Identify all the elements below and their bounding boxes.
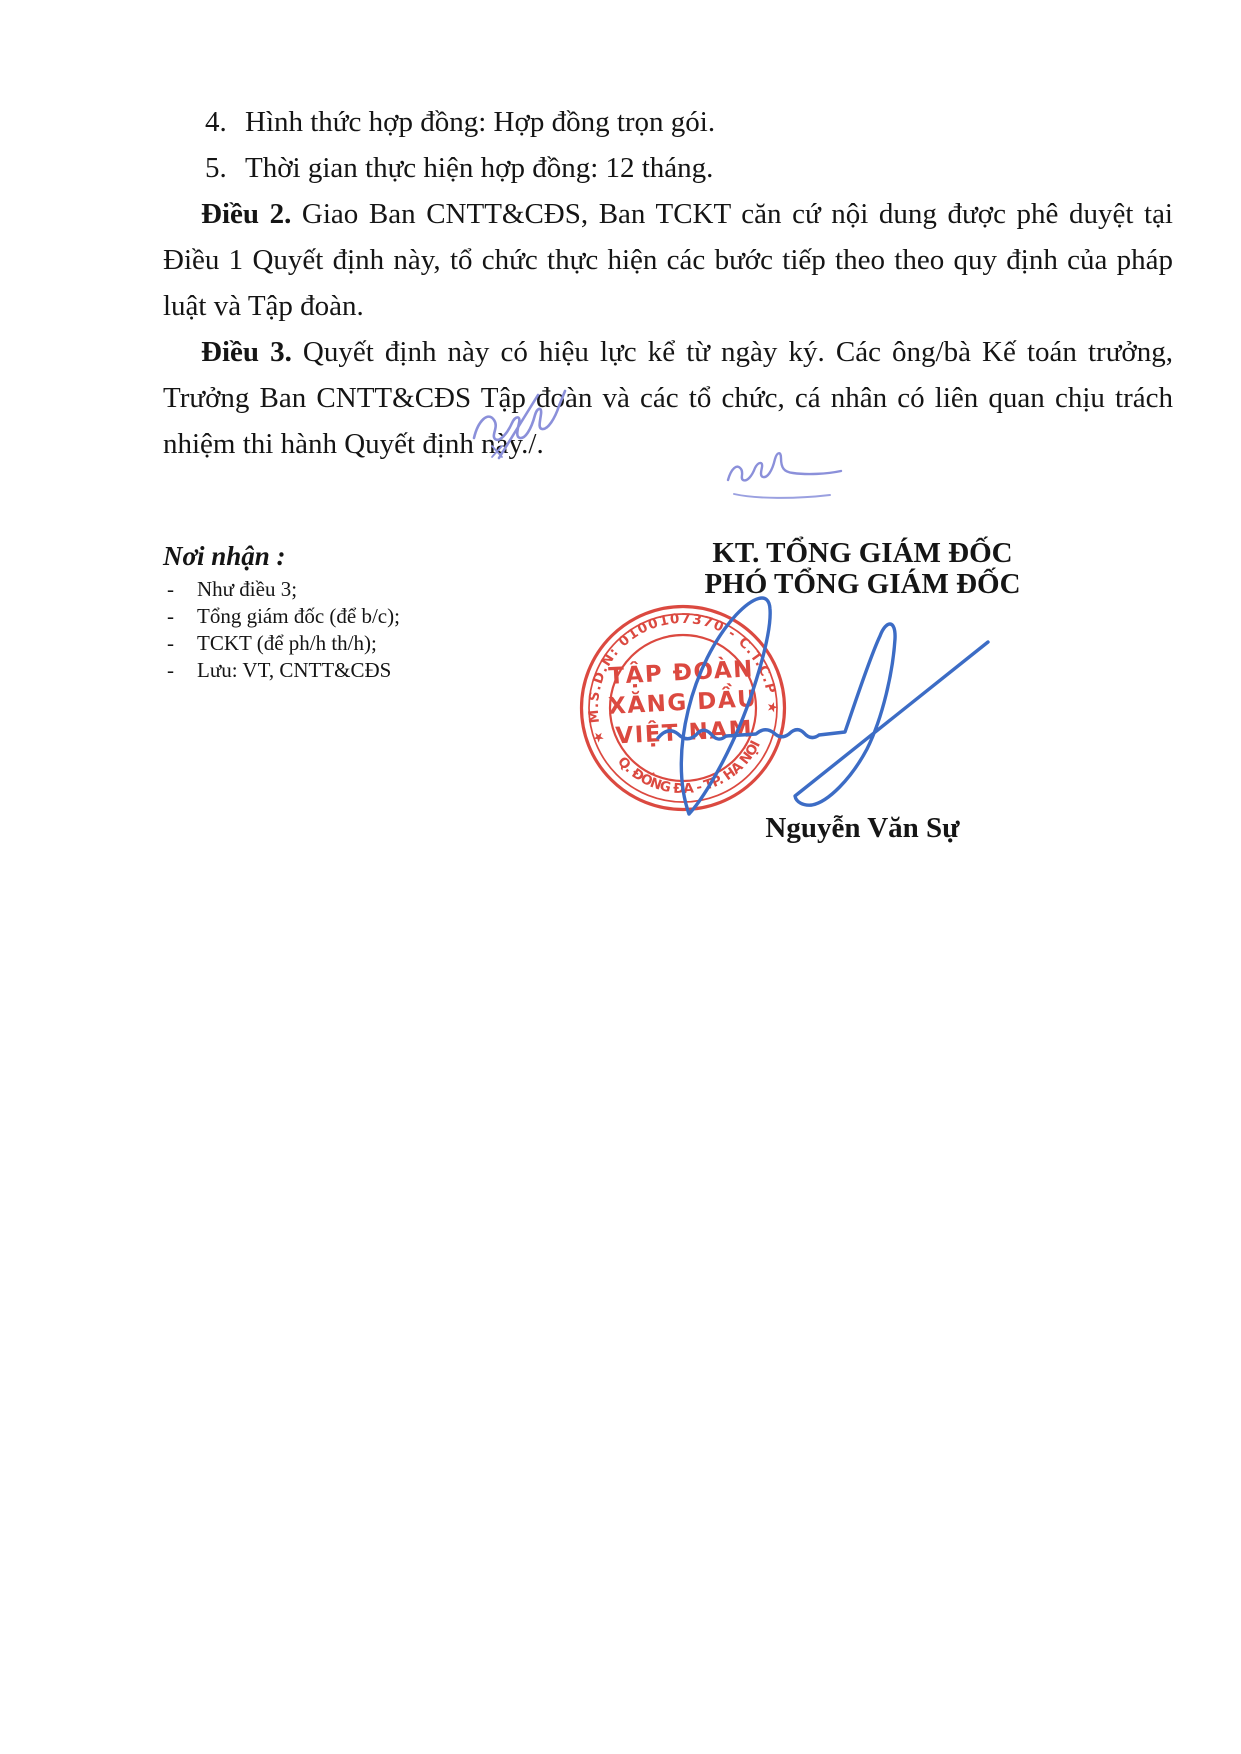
article-dieu-2: Điều 2. Giao Ban CNTT&CĐS, Ban TCKT căn … bbox=[163, 191, 1173, 329]
clause-number: 5. bbox=[205, 145, 245, 191]
dash: - bbox=[163, 657, 197, 684]
recipient-text: Lưu: VT, CNTT&CĐS bbox=[197, 658, 391, 682]
initials-strokes bbox=[728, 453, 841, 498]
initials-scribble bbox=[728, 453, 841, 480]
recipient-item: -TCKT (để ph/h th/h); bbox=[163, 630, 583, 657]
signature-left-loop bbox=[681, 598, 770, 814]
clause-text: Thời gian thực hiện hợp đồng: 12 tháng. bbox=[245, 152, 713, 184]
recipients-block: Nơi nhận : -Như điều 3; -Tổng giám đốc (… bbox=[163, 540, 583, 684]
document-page: 4.Hình thức hợp đồng: Hợp đồng trọn gói.… bbox=[0, 0, 1241, 1754]
initials-strokes bbox=[474, 391, 565, 458]
clause-item-4: 4.Hình thức hợp đồng: Hợp đồng trọn gói. bbox=[163, 99, 1173, 145]
signature-flourish bbox=[658, 624, 988, 805]
document-body: 4.Hình thức hợp đồng: Hợp đồng trọn gói.… bbox=[163, 99, 1173, 467]
initials-ink-right bbox=[720, 450, 850, 502]
recipient-item: -Như điều 3; bbox=[163, 576, 583, 603]
recipient-item: -Tổng giám đốc (để b/c); bbox=[163, 603, 583, 630]
initials-x-mark bbox=[492, 446, 502, 457]
signer-title-line1: KT. TỔNG GIÁM ĐỐC bbox=[620, 538, 1105, 569]
initials-scribble bbox=[474, 391, 565, 440]
dash: - bbox=[163, 630, 197, 657]
clause-number: 4. bbox=[205, 99, 245, 145]
dash: - bbox=[163, 603, 197, 630]
initials-underline bbox=[734, 494, 830, 498]
article-text: Quyết định này có hiệu lực kể từ ngày ký… bbox=[163, 336, 1173, 460]
signature-strokes bbox=[658, 598, 988, 814]
clause-item-5: 5.Thời gian thực hiện hợp đồng: 12 tháng… bbox=[163, 145, 1173, 191]
initials-ink-left bbox=[468, 382, 568, 477]
article-label: Điều 2. bbox=[201, 198, 291, 230]
article-text: Giao Ban CNTT&CĐS, Ban TCKT căn cứ nội d… bbox=[163, 198, 1173, 322]
recipients-heading: Nơi nhận : bbox=[163, 540, 583, 572]
article-label: Điều 3. bbox=[201, 336, 292, 368]
dash: - bbox=[163, 576, 197, 603]
recipient-text: Như điều 3; bbox=[197, 577, 297, 601]
recipient-text: TCKT (để ph/h th/h); bbox=[197, 631, 377, 655]
signer-name: Nguyễn Văn Sự bbox=[620, 812, 1105, 845]
recipient-text: Tổng giám đốc (để b/c); bbox=[197, 604, 400, 628]
recipient-item: -Lưu: VT, CNTT&CĐS bbox=[163, 657, 583, 684]
clause-text: Hình thức hợp đồng: Hợp đồng trọn gói. bbox=[245, 106, 715, 138]
article-dieu-3: Điều 3. Quyết định này có hiệu lực kể từ… bbox=[163, 329, 1173, 467]
